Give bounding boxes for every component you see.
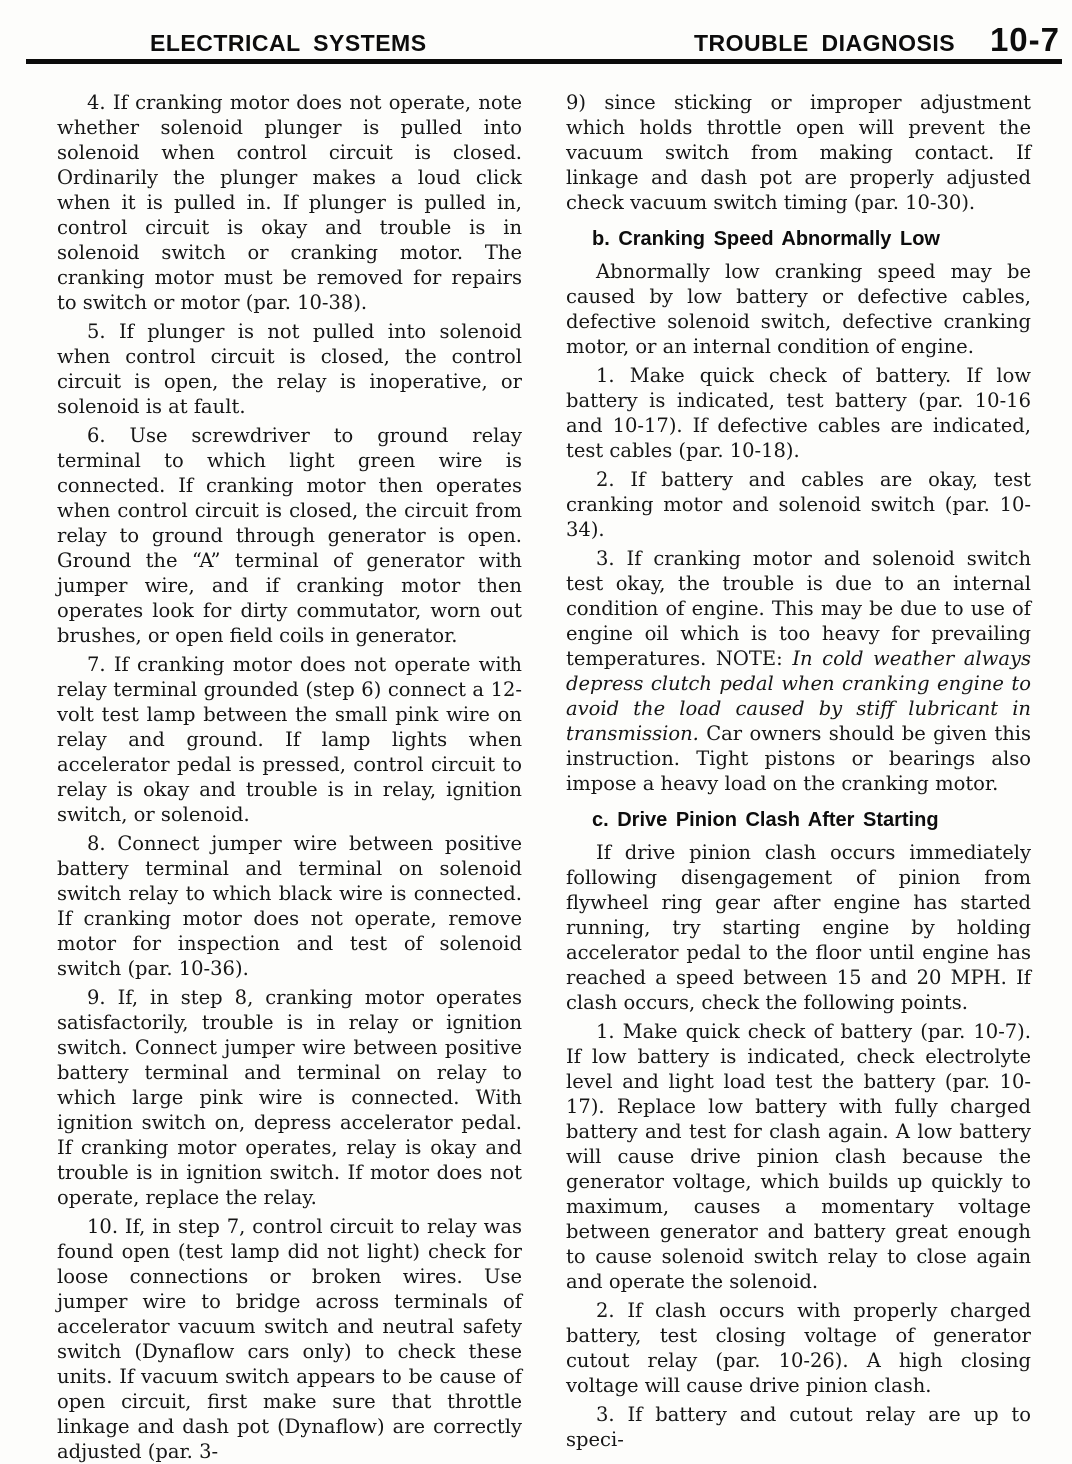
text-segment: If drive pinion clash occurs immediately… — [566, 841, 1031, 1014]
paragraph: If drive pinion clash occurs immediately… — [566, 840, 1031, 1015]
page-number: 10-7 — [990, 21, 1060, 59]
paragraph: 3. If cranking motor and solenoid switch… — [566, 546, 1031, 796]
text-segment: 9) since sticking or improper adjustment… — [566, 91, 1031, 214]
left-column: 4. If cranking motor does not operate, n… — [57, 90, 522, 1464]
paragraph: 1. Make quick check of battery (par. 10-… — [566, 1019, 1031, 1294]
text-segment: 6. Use screwdriver to ground relay termi… — [57, 424, 522, 647]
text-segment: 5. If plunger is not pulled into solenoi… — [57, 320, 522, 418]
text-segment: Abnormally low cranking speed may be cau… — [566, 260, 1031, 358]
text-segment: 1. Make quick check of battery. If low b… — [566, 364, 1031, 462]
paragraph: 4. If cranking motor does not operate, n… — [57, 90, 522, 315]
section-title-left: ELECTRICAL SYSTEMS — [150, 30, 427, 57]
text-segment: 4. If cranking motor does not operate, n… — [57, 91, 522, 314]
text-segment: 2. If clash occurs with properly charged… — [566, 1299, 1031, 1397]
paragraph: 2. If battery and cables are okay, test … — [566, 467, 1031, 542]
paragraph: 3. If battery and cutout relay are up to… — [566, 1402, 1031, 1452]
section-heading: c. Drive Pinion Clash After Starting — [566, 809, 1031, 832]
section-title-right: TROUBLE DIAGNOSIS — [694, 30, 955, 57]
paragraph: 1. Make quick check of battery. If low b… — [566, 363, 1031, 463]
right-column: 9) since sticking or improper adjustment… — [566, 90, 1031, 1464]
text-segment: 10. If, in step 7, control circuit to re… — [57, 1215, 522, 1463]
page-header: ELECTRICAL SYSTEMS TROUBLE DIAGNOSIS 10-… — [0, 0, 1072, 66]
paragraph: 6. Use screwdriver to ground relay termi… — [57, 423, 522, 648]
paragraph: 8. Connect jumper wire between positive … — [57, 831, 522, 981]
section-heading: b. Cranking Speed Abnormally Low — [566, 228, 1031, 251]
text-segment: 3. If battery and cutout relay are up to… — [566, 1403, 1031, 1451]
text-segment: 8. Connect jumper wire between positive … — [57, 832, 522, 980]
paragraph: Abnormally low cranking speed may be cau… — [566, 259, 1031, 359]
text-segment: 7. If cranking motor does not operate wi… — [57, 653, 522, 826]
header-rule — [26, 59, 1062, 64]
paragraph: 5. If plunger is not pulled into solenoi… — [57, 319, 522, 419]
paragraph: 2. If clash occurs with properly charged… — [566, 1298, 1031, 1398]
text-columns: 4. If cranking motor does not operate, n… — [57, 90, 1032, 1464]
paragraph: 10. If, in step 7, control circuit to re… — [57, 1214, 522, 1464]
manual-page: ELECTRICAL SYSTEMS TROUBLE DIAGNOSIS 10-… — [0, 0, 1072, 1464]
text-segment: 2. If battery and cables are okay, test … — [566, 468, 1031, 541]
text-segment: 9. If, in step 8, cranking motor operate… — [57, 986, 522, 1209]
paragraph: 9) since sticking or improper adjustment… — [566, 90, 1031, 215]
text-segment: 1. Make quick check of battery (par. 10-… — [566, 1020, 1031, 1293]
paragraph: 9. If, in step 8, cranking motor operate… — [57, 985, 522, 1210]
paragraph: 7. If cranking motor does not operate wi… — [57, 652, 522, 827]
